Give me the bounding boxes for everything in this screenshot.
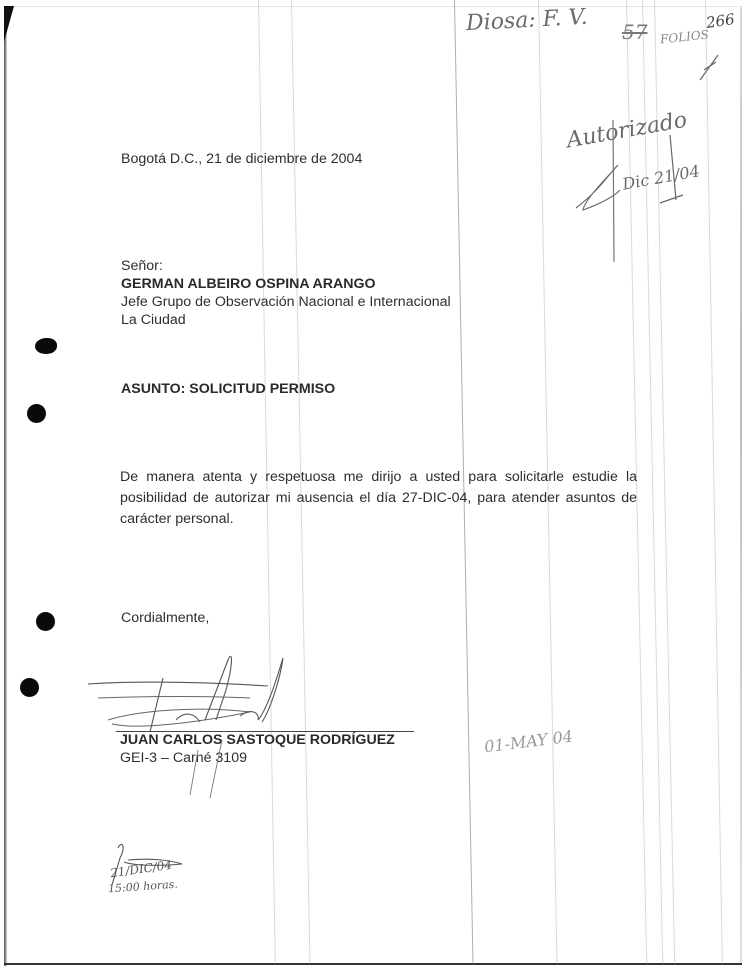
handwriting-strokes	[0, 0, 750, 973]
scanned-letter-page: Bogotá D.C., 21 de diciembre de 2004 Señ…	[0, 0, 750, 973]
